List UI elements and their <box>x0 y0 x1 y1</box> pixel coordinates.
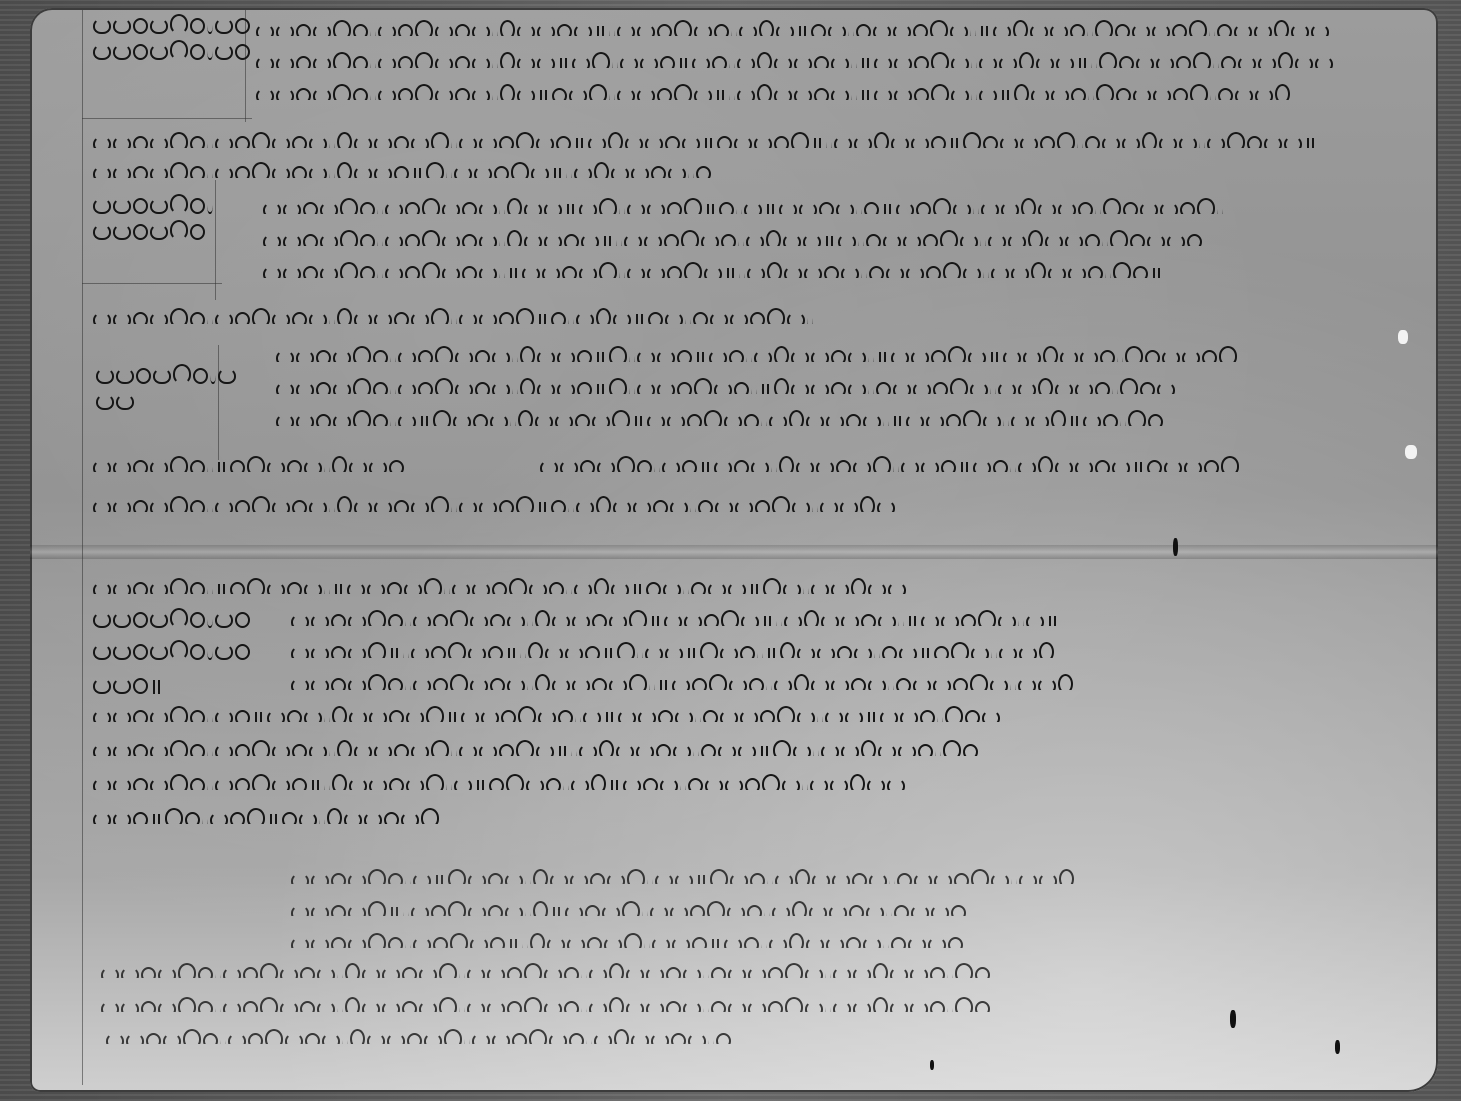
text-line: ခရာဘိုလယ်ကို ။ ရှေ့မေးနှမ်းသည့်ကာလ ။ ဆပ်… <box>275 398 1425 426</box>
margin-label: ငွေဝိုးဆုံ တမ် ချေငွေ ၃ ဒီ <box>92 186 214 238</box>
text-line-faint: မြို့ကြီးဘာသားညွှိ ... (faint, partially… <box>100 950 1400 978</box>
row-rule <box>82 118 252 119</box>
paper-damage <box>1398 330 1408 344</box>
column-rule <box>215 180 216 300</box>
text-line: ခုဝဘိုသင့်ဘိုတရပ် ။ ခုဝဘိုမြိုင်မြုငွေ ၅… <box>92 694 1422 722</box>
margin-label: ယုဂ္ဂငွေ ဒီထုံးခေါ်ပုံရာရေ <box>92 632 251 658</box>
page-fold <box>30 545 1438 559</box>
text-line: မောင်ဘိုချ ။ စာစီစာရေ မောင်ဘွိ ၁၂ ၅ ၇ နှ… <box>92 444 1422 472</box>
text-line-faint: သက္ကရာဇ် ၁၂ ၁ ၃ ခု ။ တပေါင်းလပြည့်ကျော် … <box>290 856 1420 884</box>
margin-label: မောင်မြ ဖြေ ချေ ၁ ရှင် <box>95 356 237 408</box>
ink-blot <box>930 1060 934 1070</box>
text-line: သက္ကရာဇ်စာ ရေးသားကြသည့်ကာလ ။ ငွေချိုမ်ဖြ… <box>92 150 912 178</box>
text-line: လော်ရှင်မြို့ဘုကြီးသားညွှိသိုက်တွန်ညွှိခ… <box>92 728 1422 756</box>
text-line-faint: လယ်ပိုင်ကိုတိုင်း ... (faint, partially … <box>290 920 1420 948</box>
margin-rule <box>82 10 83 1085</box>
margin-label: ရဖုပ်ပျှသစ်ဖြေတာ တရှင်ချိုးထွာ <box>92 6 251 58</box>
text-line: သုကြောင်းညွှိသိုက်တွန်ကို ခစီရှင်ချ လျှင… <box>275 366 1425 394</box>
text-line: ညွှိသိုက်တွန်ညွှိခင်ပွန်းကာ ။ ဘာဘိုက်ရော… <box>92 762 1422 790</box>
text-line: လယ်ခ ကားပြောရန် ငွေလိုပါသည် ။ ငွေ ၅ ဂဲ ဒ… <box>255 40 1415 68</box>
paper-damage <box>1405 445 1417 459</box>
text-line: လော်ရှင်မြို့ဘုကြီးသားမောင်သိုက်တွန်ညွှိ… <box>92 120 1422 148</box>
text-line: နှစ်ဂကျွင်တွားသည်သွား ၁၂ ဝ သွင်ဘဝကိုသဘ်သ… <box>92 484 1112 512</box>
margin-label: အမြေသားအိုင်သွန်းမယ် <box>92 600 251 626</box>
text-line-faint: လော်ရှင်မြို့ဘုကြီး ... (faint, partiall… <box>100 984 1420 1012</box>
text-line: ကာလ ။ ခုကီရေပေးခ ။ စာစီစာရေ မောင်ဘွိ <box>92 796 652 824</box>
text-line-faint: ဝလယ်ဖြေ ချွားပြူတိ လကား ... (faint, part… <box>105 1016 1035 1044</box>
ink-blot <box>1335 1040 1340 1054</box>
margin-label: ၁၂ ဝ ၅ ။ <box>92 666 164 692</box>
row-rule <box>82 283 222 284</box>
text-line: ဘရာကိုလယ်ဘိုရင်ကိုနှုန်းဖြုတ်ရပ်ဝိုင်းဘွ… <box>290 662 1410 690</box>
text-line: သက္ကရာဇ် ၁၂ ၁၀ ခု ဝါခေါင်လပြည်ကျော် ၁ ဝ … <box>290 598 1410 626</box>
text-line: လယ်ခ ကားပြောရန်ငွေ ခသုံးလိုပါသည် ။ ငွေ ၅… <box>262 218 1422 246</box>
ink-blot <box>1230 1010 1236 1028</box>
text-line: သက္ကရာဇ် ၁၂ ၁၀ ခု ဘမှိုတ်လနှဝ ရက်နေ့တွင်… <box>275 334 1425 362</box>
ink-blot <box>1173 538 1178 556</box>
text-line: သက္ကရာဇ် ၁၂ ၁၀ ခု ဝါခေါင်လဆန်း ... ရက်နေ… <box>255 8 1415 36</box>
text-line: ငွေမြှေဖြစ်ငွေ ပသာသဂ်လေချိုစိုက်ချေး မနု… <box>92 296 992 324</box>
text-line: မောင်ရှမြေ ။ မောင်ထွန်းညှိ ။ မောင်ရှေ့ဘွ… <box>290 630 1410 658</box>
text-line: ၁၂ ၁ ဝ ဖြည့်နှစ် ။ မောင်သာလှမှာ ။ ကာင်ဝိ… <box>92 566 1112 594</box>
text-line: ညွှိခင်ပွန်းကို ခစီရှင်ချ လျှင် ။ ငုဒ်ဝိ… <box>262 250 1422 278</box>
text-line: သက္ကရာဇ် ၁၂ ၁၀ ခု ဖြည့်နှစ်ဝါခေါင်လဆန်းရ… <box>262 186 1422 214</box>
text-line: ဝဒိုးခေါ်ပေါင်ကိုရေးပေးပါမည် ။ မချွေး မပ… <box>255 72 1415 100</box>
text-line-faint: ပါရဝေပေါ ။ ဘွားဝဒိလှု ... (faint, partia… <box>290 888 1420 916</box>
